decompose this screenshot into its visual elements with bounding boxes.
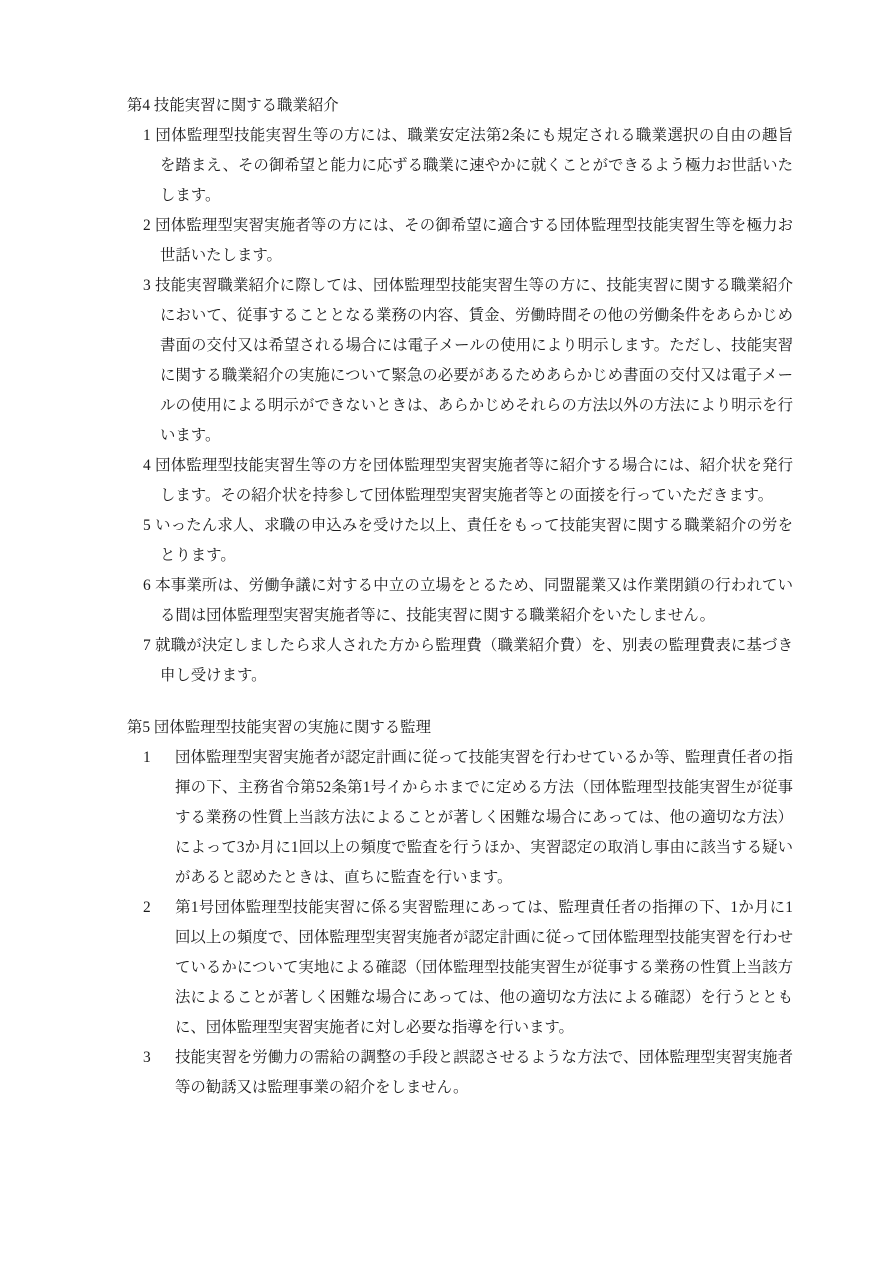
- section-job-placement: 第4 技能実習に関する職業紹介 1団体監理型技能実習生等の方には、職業安定法第2…: [0, 91, 893, 691]
- item-text: 団体監理型技能実習生等の方には、職業安定法第2条にも規定される職業選択の自由の趣…: [155, 127, 793, 204]
- item-text: 団体監理型実習実施者等の方には、その御希望に適合する団体監理型技能実習生等を極力…: [155, 217, 793, 264]
- list-item: 2第1号団体監理型技能実習に係る実習監理にあっては、監理責任者の指揮の下、1か月…: [175, 893, 793, 1043]
- item-number: 1: [143, 743, 175, 773]
- section-heading: 第5 団体監理型技能実習の実施に関する監理: [127, 713, 893, 743]
- item-number: 4: [143, 451, 155, 481]
- item-text: いったん求人、求職の申込みを受けた以上、責任をもって技能実習に関する職業紹介の労…: [155, 517, 793, 564]
- item-number: 6: [143, 571, 155, 601]
- section-heading: 第4 技能実習に関する職業紹介: [127, 91, 893, 121]
- item-number: 2: [143, 893, 175, 923]
- item-number: 3: [143, 1043, 175, 1073]
- list-item: 1団体監理型実習実施者が認定計画に従って技能実習を行わせているか等、監理責任者の…: [175, 743, 793, 893]
- list-item: 7就職が決定しましたら求人された方から監理費（職業紹介費）を、別表の監理費表に基…: [160, 631, 793, 691]
- list-item: 6本事業所は、労働争議に対する中立の立場をとるため、同盟罷業又は作業閉鎖の行われ…: [160, 571, 793, 631]
- list-item: 1団体監理型技能実習生等の方には、職業安定法第2条にも規定される職業選択の自由の…: [160, 121, 793, 211]
- document-page: 第4 技能実習に関する職業紹介 1団体監理型技能実習生等の方には、職業安定法第2…: [0, 0, 893, 1263]
- item-number: 1: [143, 121, 155, 151]
- item-number: 5: [143, 511, 155, 541]
- item-text: 本事業所は、労働争議に対する中立の立場をとるため、同盟罷業又は作業閉鎖の行われて…: [155, 577, 793, 624]
- section-supervision: 第5 団体監理型技能実習の実施に関する監理 1団体監理型実習実施者が認定計画に従…: [0, 713, 893, 1103]
- item-text: 団体監理型実習実施者が認定計画に従って技能実習を行わせているか等、監理責任者の指…: [175, 749, 793, 886]
- item-text: 第1号団体監理型技能実習に係る実習監理にあっては、監理責任者の指揮の下、1か月に…: [175, 899, 793, 1036]
- item-text: 技能実習を労働力の需給の調整の手段と誤認させるような方法で、団体監理型実習実施者…: [175, 1049, 793, 1096]
- item-text: 就職が決定しましたら求人された方から監理費（職業紹介費）を、別表の監理費表に基づ…: [155, 637, 793, 684]
- item-number: 2: [143, 211, 155, 241]
- list-item: 5いったん求人、求職の申込みを受けた以上、責任をもって技能実習に関する職業紹介の…: [160, 511, 793, 571]
- item-text: 技能実習職業紹介に際しては、団体監理型技能実習生等の方に、技能実習に関する職業紹…: [155, 277, 793, 444]
- item-number: 7: [143, 631, 155, 661]
- list-item: 2団体監理型実習実施者等の方には、その御希望に適合する団体監理型技能実習生等を極…: [160, 211, 793, 271]
- list-item: 4団体監理型技能実習生等の方を団体監理型実習実施者等に紹介する場合には、紹介状を…: [160, 451, 793, 511]
- list-item: 3技能実習職業紹介に際しては、団体監理型技能実習生等の方に、技能実習に関する職業…: [160, 271, 793, 451]
- item-number: 3: [143, 271, 155, 301]
- list-item: 3技能実習を労働力の需給の調整の手段と誤認させるような方法で、団体監理型実習実施…: [175, 1043, 793, 1103]
- item-text: 団体監理型技能実習生等の方を団体監理型実習実施者等に紹介する場合には、紹介状を発…: [155, 457, 793, 504]
